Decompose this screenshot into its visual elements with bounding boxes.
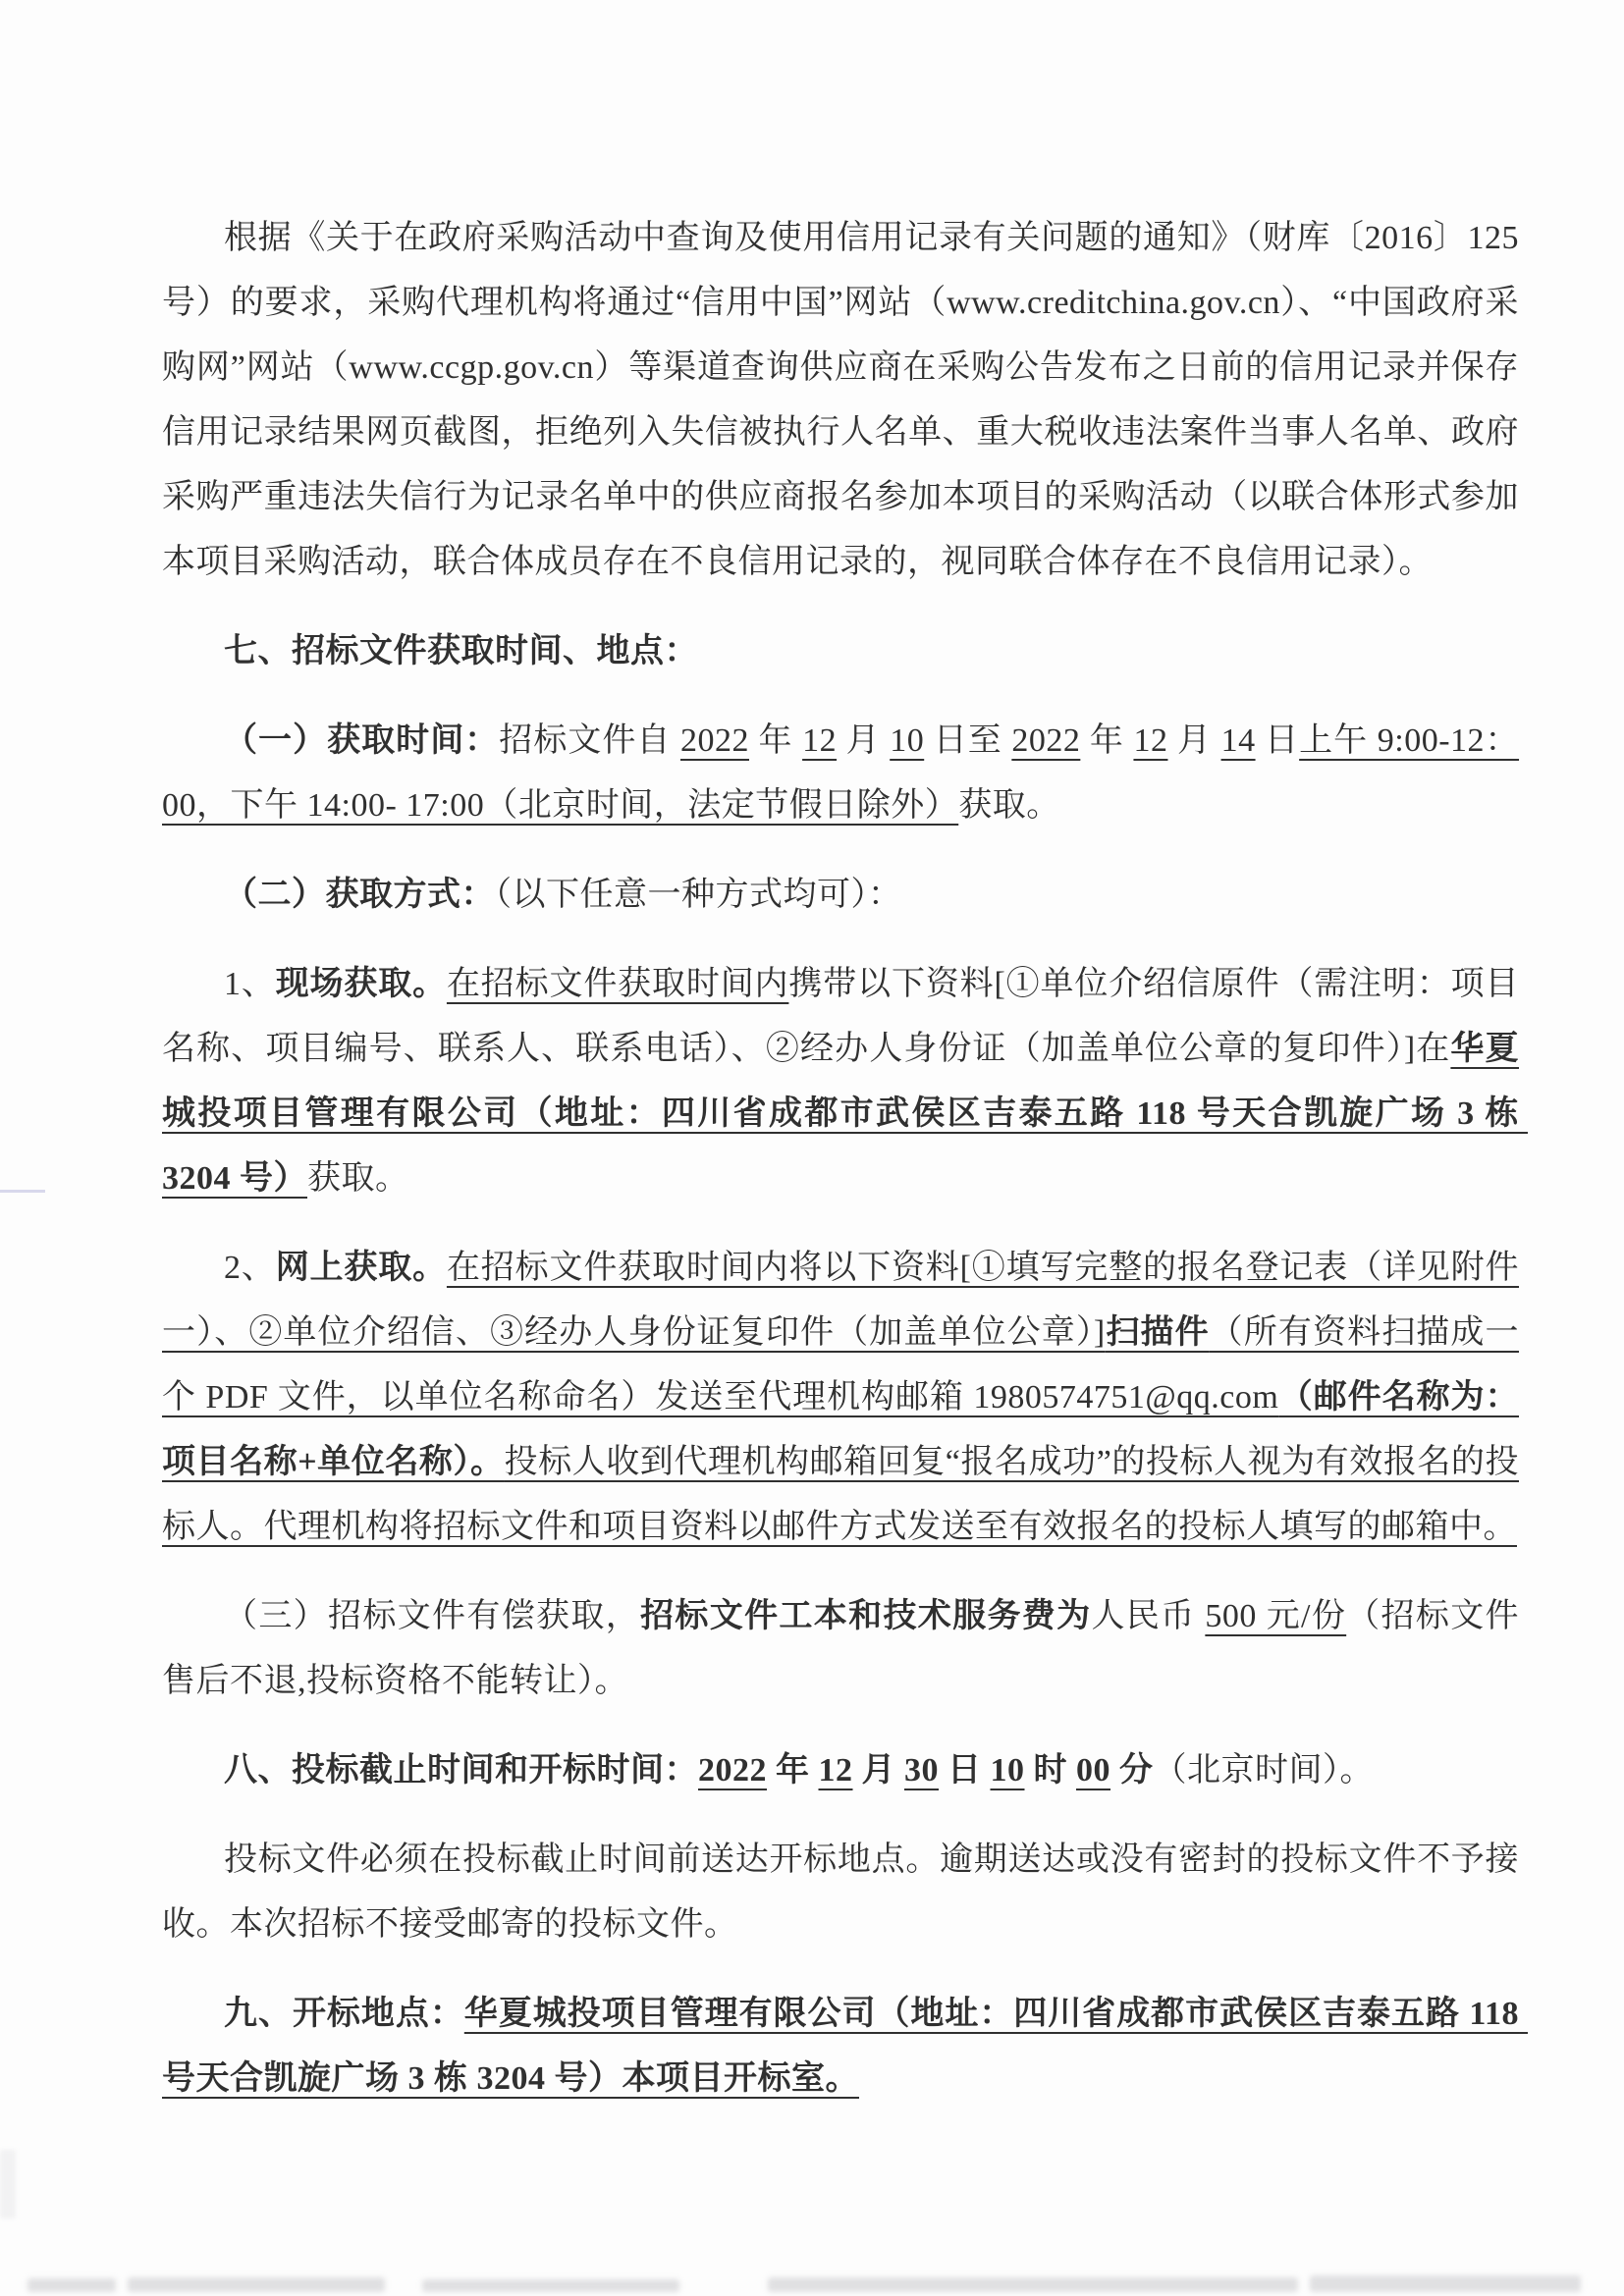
text-run: （北京时间）。 (1154, 1752, 1375, 1789)
text-run: 12 (1133, 722, 1167, 759)
para-obtain-time: （一）获取时间：招标文件自 2022 年 12 月 10 日至 2022 年 1… (162, 709, 1519, 838)
text-run: 九、开标地点： (224, 1996, 464, 2032)
text-run: 招标文件自 (499, 722, 680, 759)
text-run: 12 (802, 722, 837, 759)
text-run: 七、招标文件获取时间、地点： (224, 633, 698, 669)
text-run: 分 (1110, 1752, 1154, 1789)
text-run: 在招标文件获取时间内 (447, 966, 788, 1002)
para-document-fee: （三）招标文件有偿获取，招标文件工本和技术服务费为人民币 500 元/份（招标文… (162, 1584, 1519, 1714)
scan-bleed-artifact (27, 2278, 116, 2292)
scan-edge-artifact (0, 2150, 16, 2218)
text-run: 1、 (224, 966, 276, 1002)
text-run: 人民币 (1092, 1598, 1206, 1634)
para-obtain-method: （二）获取方式：（以下任意一种方式均可）： (162, 863, 1519, 928)
document-body: 根据《关于在政府采购活动中查询及使用信用记录有关问题的通知》（财库〔2016〕1… (162, 206, 1519, 2136)
text-run: 月 (853, 1752, 905, 1789)
text-run: 日 (1256, 722, 1300, 759)
text-run: （三）招标文件有偿获取， (224, 1598, 640, 1634)
document-page: 根据《关于在政府采购活动中查询及使用信用记录有关问题的通知》（财库〔2016〕1… (0, 0, 1624, 2296)
text-run: 月 (837, 722, 890, 759)
text-run: 八、投标截止时间和开标时间： (224, 1752, 698, 1789)
para-delivery-rule: 投标文件必须在投标截止时间前送达开标地点。逾期送达或没有密封的投标文件不予接收。… (162, 1828, 1519, 1957)
para-onsite-obtain: 1、现场获取。在招标文件获取时间内携带以下资料[①单位介绍信原件（需注明：项目名… (162, 952, 1519, 1211)
text-run: 网上获取。 (276, 1250, 447, 1286)
text-run: 2022 (680, 722, 749, 759)
text-run: 500 元/份 (1205, 1598, 1346, 1634)
text-run: 10 (890, 722, 924, 759)
scan-edge-artifact (0, 1190, 45, 1193)
text-run: 12 (819, 1752, 853, 1789)
para-bid-deadline: 八、投标截止时间和开标时间：2022 年 12 月 30 日 10 时 00 分… (162, 1738, 1519, 1803)
text-run: 扫描件 (1106, 1314, 1210, 1351)
text-run: 招标文件工本和技术服务费为 (640, 1598, 1091, 1634)
scan-bleed-artifact (1310, 2275, 1581, 2292)
text-run: 2022 (1011, 722, 1080, 759)
text-run: （一）获取时间： (224, 722, 499, 759)
scan-bleed-artifact (422, 2279, 679, 2292)
text-run: 30 (904, 1752, 939, 1789)
text-run: 时 (1025, 1752, 1077, 1789)
text-run: （二）获取方式： (224, 877, 495, 913)
scan-bleed-artifact (128, 2277, 385, 2292)
text-run: 月 (1167, 722, 1220, 759)
text-run: 年 (1080, 722, 1133, 759)
text-run: 2022 (698, 1752, 767, 1789)
text-run: 获取。 (307, 1160, 409, 1197)
text-run: 现场获取。 (276, 966, 447, 1002)
text-run: 年 (767, 1752, 819, 1789)
text-run: 年 (749, 722, 802, 759)
text-run: 14 (1221, 722, 1256, 759)
heading-section-7: 七、招标文件获取时间、地点： (162, 619, 1519, 684)
text-run: 投标文件必须在投标截止时间前送达开标地点。逾期送达或没有密封的投标文件不予接收。… (162, 1842, 1519, 1943)
text-run: 10 (991, 1752, 1025, 1789)
scan-bleed-artifact (768, 2277, 1298, 2292)
text-run: 获取。 (958, 787, 1060, 824)
para-opening-location: 九、开标地点：华夏城投项目管理有限公司（地址：四川省成都市武侯区吉泰五路 118… (162, 1982, 1519, 2111)
text-run: 2、 (224, 1250, 276, 1286)
text-run: 日至 (924, 722, 1011, 759)
text-run: 日 (939, 1752, 991, 1789)
text-run: （以下任意一种方式均可）： (495, 877, 902, 913)
text-run: 00 (1076, 1752, 1110, 1789)
para-credit-records: 根据《关于在政府采购活动中查询及使用信用记录有关问题的通知》（财库〔2016〕1… (162, 206, 1519, 595)
text-run: 根据《关于在政府采购活动中查询及使用信用记录有关问题的通知》（财库〔2016〕1… (162, 220, 1528, 580)
para-online-obtain: 2、网上获取。在招标文件获取时间内将以下资料[①填写完整的报名登记表（详见附件一… (162, 1236, 1519, 1560)
